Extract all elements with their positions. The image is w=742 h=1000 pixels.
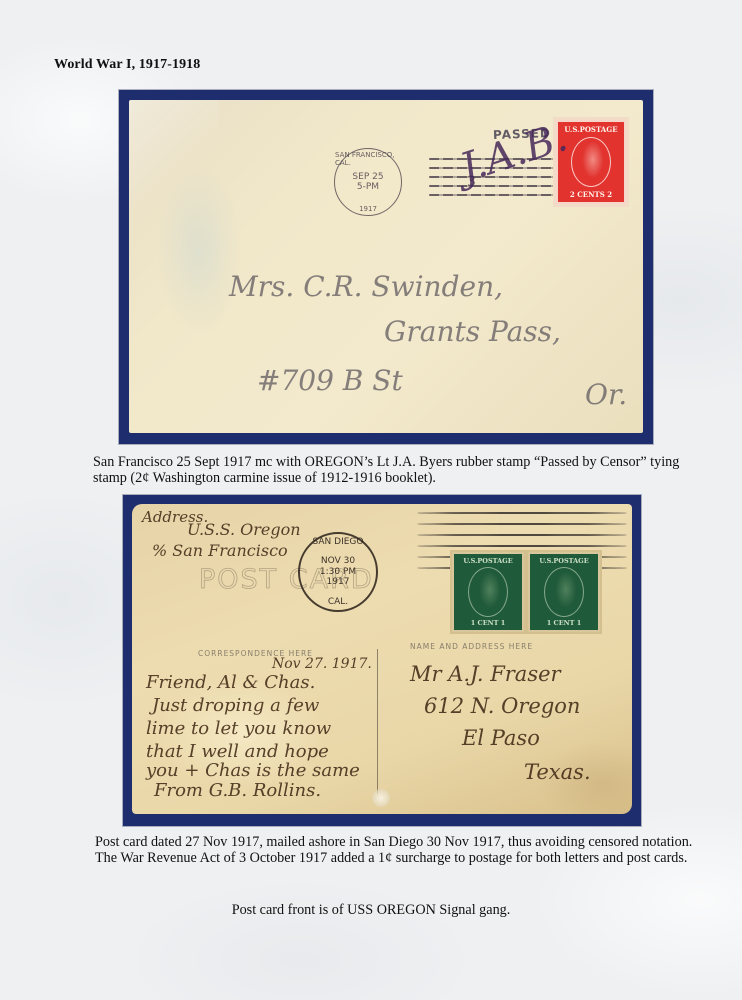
message-line: you + Chas is the same <box>146 760 360 781</box>
envelope-mat-frame: SAN FRANCISCO, CAL. SEP 25 5-PM 1917 3 P… <box>119 90 653 444</box>
cancel-line <box>417 534 627 536</box>
cancel-line <box>417 545 627 547</box>
postmark-time: 5-PM <box>357 182 379 192</box>
san-diego-postmark: SAN DIEGO NOV 30 1:30 PM 1917 CAL. <box>298 532 378 612</box>
envelope-address-line: #709 B St <box>257 364 403 397</box>
stamp-bottom-text: 2 CENTS 2 <box>570 190 612 199</box>
recipient-address-line: Texas. <box>524 760 591 784</box>
cancel-line <box>429 185 559 187</box>
message-line: Friend, Al & Chas. <box>146 672 315 693</box>
cancel-line <box>429 194 559 196</box>
postmark-state: CAL. <box>328 597 348 607</box>
postmark-city: SAN FRANCISCO, CAL. <box>335 151 401 167</box>
stamp-top-text: U.S.POSTAGE <box>463 557 512 565</box>
written-date: Nov 27. 1917. <box>272 656 372 672</box>
envelope-address-line: Mrs. C.R. Swinden, <box>229 270 503 303</box>
recipient-address-line: 612 N. Oregon <box>424 694 580 718</box>
red-2-cent-stamp: U.S.POSTAGE 2 CENTS 2 <box>556 120 626 204</box>
postcard-mat-frame: POST CARD Address. U.S.S. Oregon % San F… <box>123 495 641 826</box>
postmark-date: NOV 30 <box>321 556 355 566</box>
green-1-cent-stamp: U.S.POSTAGE 1 CENT 1 <box>528 552 600 632</box>
stamp-top-text: U.S.POSTAGE <box>564 125 617 134</box>
stamp-bottom-text: 1 CENT 1 <box>471 619 505 627</box>
postmark-time: 1:30 PM <box>320 567 356 577</box>
message-line: lime to let you know <box>146 718 331 739</box>
washington-portrait-icon <box>544 567 584 617</box>
return-address-line: % San Francisco <box>152 541 288 560</box>
recipient-address-line: Mr A.J. Fraser <box>410 662 561 686</box>
message-line: that I well and hope <box>146 741 329 762</box>
stamp-bottom-text: 1 CENT 1 <box>547 619 581 627</box>
recipient-address-line: El Paso <box>462 726 540 750</box>
message-line: From G.B. Rollins. <box>154 780 321 801</box>
postmark-city: SAN DIEGO <box>313 537 364 547</box>
washington-portrait-icon <box>571 137 611 187</box>
postmark-year: 1917 <box>327 577 350 587</box>
envelope-address-line: Or. <box>585 378 627 411</box>
envelope-flap-shading <box>129 100 219 220</box>
page-title: World War I, 1917-1918 <box>54 57 200 73</box>
san-francisco-postmark: SAN FRANCISCO, CAL. SEP 25 5-PM 1917 <box>334 148 402 216</box>
envelope-image: SAN FRANCISCO, CAL. SEP 25 5-PM 1917 3 P… <box>129 100 643 433</box>
green-1-cent-stamp: U.S.POSTAGE 1 CENT 1 <box>452 552 524 632</box>
postcard-caption: Post card dated 27 Nov 1917, mailed asho… <box>95 834 715 866</box>
postcard-image: POST CARD Address. U.S.S. Oregon % San F… <box>132 504 632 814</box>
washington-portrait-icon <box>468 567 508 617</box>
postcard-divider <box>377 649 378 794</box>
paper-stain <box>372 789 390 807</box>
return-address-line: U.S.S. Oregon <box>187 520 301 539</box>
message-line: Just droping a few <box>152 695 319 716</box>
envelope-caption: San Francisco 25 Sept 1917 mc with OREGO… <box>93 454 713 486</box>
cancel-line <box>417 523 627 525</box>
postmark-year: 1917 <box>359 205 377 213</box>
postcard-front-note: Post card front is of USS OREGON Signal … <box>0 902 742 918</box>
address-label: NAME AND ADDRESS HERE <box>410 642 533 651</box>
envelope-address-line: Grants Pass, <box>384 315 561 348</box>
postmark-date: SEP 25 <box>352 172 383 182</box>
stamp-top-text: U.S.POSTAGE <box>539 557 588 565</box>
cancel-line <box>417 512 627 514</box>
